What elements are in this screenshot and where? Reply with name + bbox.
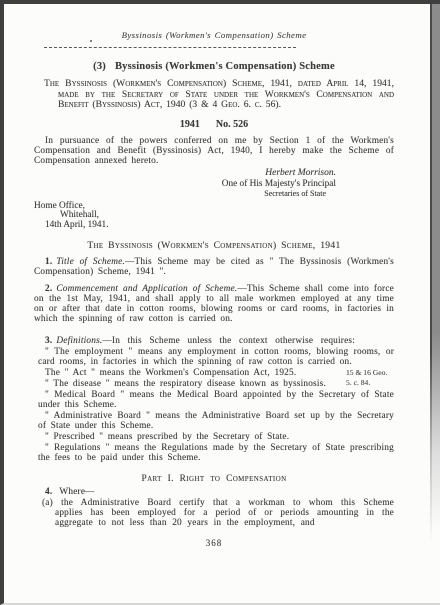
header-rule <box>44 47 296 48</box>
definition-administrative-board: " Administrative Board " means the Admin… <box>34 411 394 431</box>
statute-margin-note: 15 & 16 Geo. 5. c. 84. <box>346 368 418 387</box>
margin-note-line-1: 15 & 16 Geo. <box>346 368 418 378</box>
preamble-citation: The Byssinosis (Workmen's Compensation) … <box>34 79 394 111</box>
item-a-text: the Administrative Board certify that a … <box>55 498 394 528</box>
definition-medical-board: " Medical Board " means the Medical Boar… <box>34 390 394 410</box>
signature-title: One of His Majesty's Principal <box>34 179 336 189</box>
scan-right-edge-line <box>430 4 432 603</box>
address-block: Home Office, Whitehall, 14th April, 1941… <box>34 202 394 231</box>
signature-block: Herbert Morrison. One of His Majesty's P… <box>34 168 394 199</box>
signature-subtitle: Secretaries of State <box>34 189 336 199</box>
definition-disease: " The disease " means the respiratory di… <box>34 379 394 389</box>
section-1: 1.Title of Scheme.—This Scheme may be ci… <box>34 257 394 277</box>
section-3: 3.Definitions.—In this Scheme unless the… <box>34 336 394 346</box>
section-2-number: 2. <box>45 284 52 294</box>
page-number: 368 <box>34 538 394 548</box>
definition-act: The " Act " means the Workmen's Compensa… <box>34 368 394 378</box>
scan-right-edge <box>432 4 440 603</box>
section-1-number: 1. <box>45 257 52 267</box>
si-year: 1941 <box>180 119 200 130</box>
document-page: Byssinosis (Workmen's Compensation) Sche… <box>4 4 394 548</box>
section-2-title: Commencement and Application of Scheme. <box>56 284 237 294</box>
part-heading: Part I. Right to Compensation <box>34 474 394 484</box>
heading-number: (3) <box>93 61 106 72</box>
section-1-title: Title of Scheme. <box>56 257 125 267</box>
address-line-date: 14th April, 1941. <box>34 221 394 231</box>
document-heading: (3)Byssinosis (Workmen's Compensation) S… <box>34 61 394 72</box>
signature-name: Herbert Morrison. <box>34 168 336 178</box>
section-3-number: 3. <box>45 336 52 346</box>
section-3-body: —In this Scheme unless the context other… <box>102 336 355 346</box>
item-a-label: (a) <box>42 498 53 508</box>
section-3-title: Definitions. <box>56 336 102 346</box>
definition-regulations: " Regulations " means the Regulations ma… <box>34 443 394 463</box>
pursuance-paragraph: In pursuance of the powers conferred on … <box>34 136 394 166</box>
si-number: No. 526 <box>216 119 248 130</box>
clause-4-number: 4. <box>45 487 52 497</box>
scanned-document-page: Byssinosis (Workmen's Compensation) Sche… <box>0 0 440 605</box>
heading-title: Byssinosis (Workmen's Compensation) Sche… <box>115 61 335 72</box>
clause-4: 4.Where— <box>34 487 394 497</box>
running-header: Byssinosis (Workmen's Compensation) Sche… <box>34 30 394 40</box>
definition-prescribed: " Prescribed " means prescribed by the S… <box>34 432 394 442</box>
definition-employment: " The employment " means any employment … <box>34 347 394 367</box>
clause-4-item-a: (a) the Administrative Board certify tha… <box>34 498 394 528</box>
clause-4-intro: Where— <box>59 487 94 497</box>
si-number-line: 1941 No. 526 <box>34 119 394 130</box>
definition-act-text: The " Act " means the Workmen's Compensa… <box>45 368 296 378</box>
margin-note-line-2: 5. c. 84. <box>346 378 418 388</box>
scheme-title: The Byssinosis (Workmen's Compensation) … <box>34 240 394 251</box>
definitions-list: " The employment " means any employment … <box>34 347 394 463</box>
section-2: 2.Commencement and Application of Scheme… <box>34 284 394 324</box>
